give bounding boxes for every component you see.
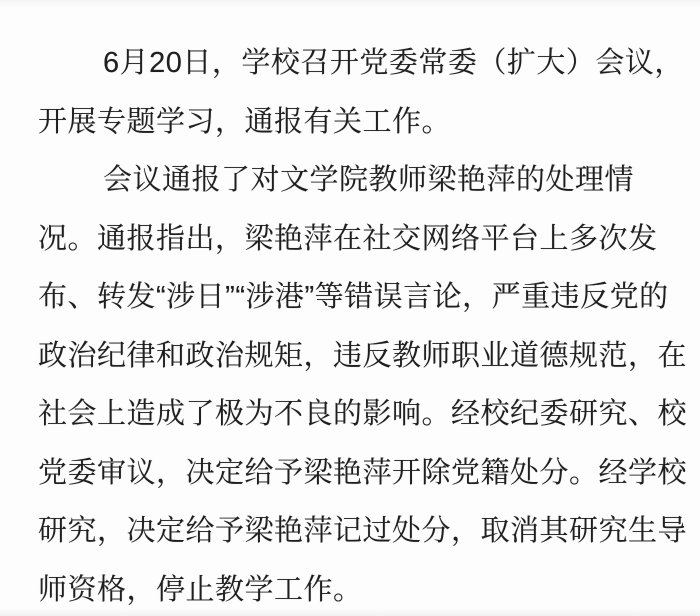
text-line: 开展专题学习，通报有关工作。 xyxy=(38,93,674,152)
page-edge-top xyxy=(0,0,700,8)
text-line: 政治纪律和政治规矩，违反教师职业道德规范，在 xyxy=(38,327,674,386)
text-line: 研究，决定给予梁艳萍记过处分，取消其研究生导 xyxy=(38,502,674,561)
text-line: 况。通报指出，梁艳萍在社交网络平台上多次发 xyxy=(38,210,674,269)
text-line: 社会上造成了极为不良的影响。经校纪委研究、校 xyxy=(38,385,674,444)
article-page: 6月20日，学校召开党委常委（扩大）会议， 开展专题学习，通报有关工作。 会议通… xyxy=(0,0,700,616)
page-edge-bottom xyxy=(0,609,700,616)
text-line: 党委审议，决定给予梁艳萍开除党籍处分。经学校 xyxy=(38,444,674,503)
text-line: 会议通报了对文学院教师梁艳萍的处理情 xyxy=(38,151,674,210)
text-line: 6月20日，学校召开党委常委（扩大）会议， xyxy=(38,34,674,93)
text-line: 布、转发“涉日”“涉港”等错误言论，严重违反党的 xyxy=(38,268,674,327)
text-line: 师资格，停止教学工作。 xyxy=(38,561,674,616)
article-text: 6月20日，学校召开党委常委（扩大）会议， 开展专题学习，通报有关工作。 会议通… xyxy=(38,34,674,616)
